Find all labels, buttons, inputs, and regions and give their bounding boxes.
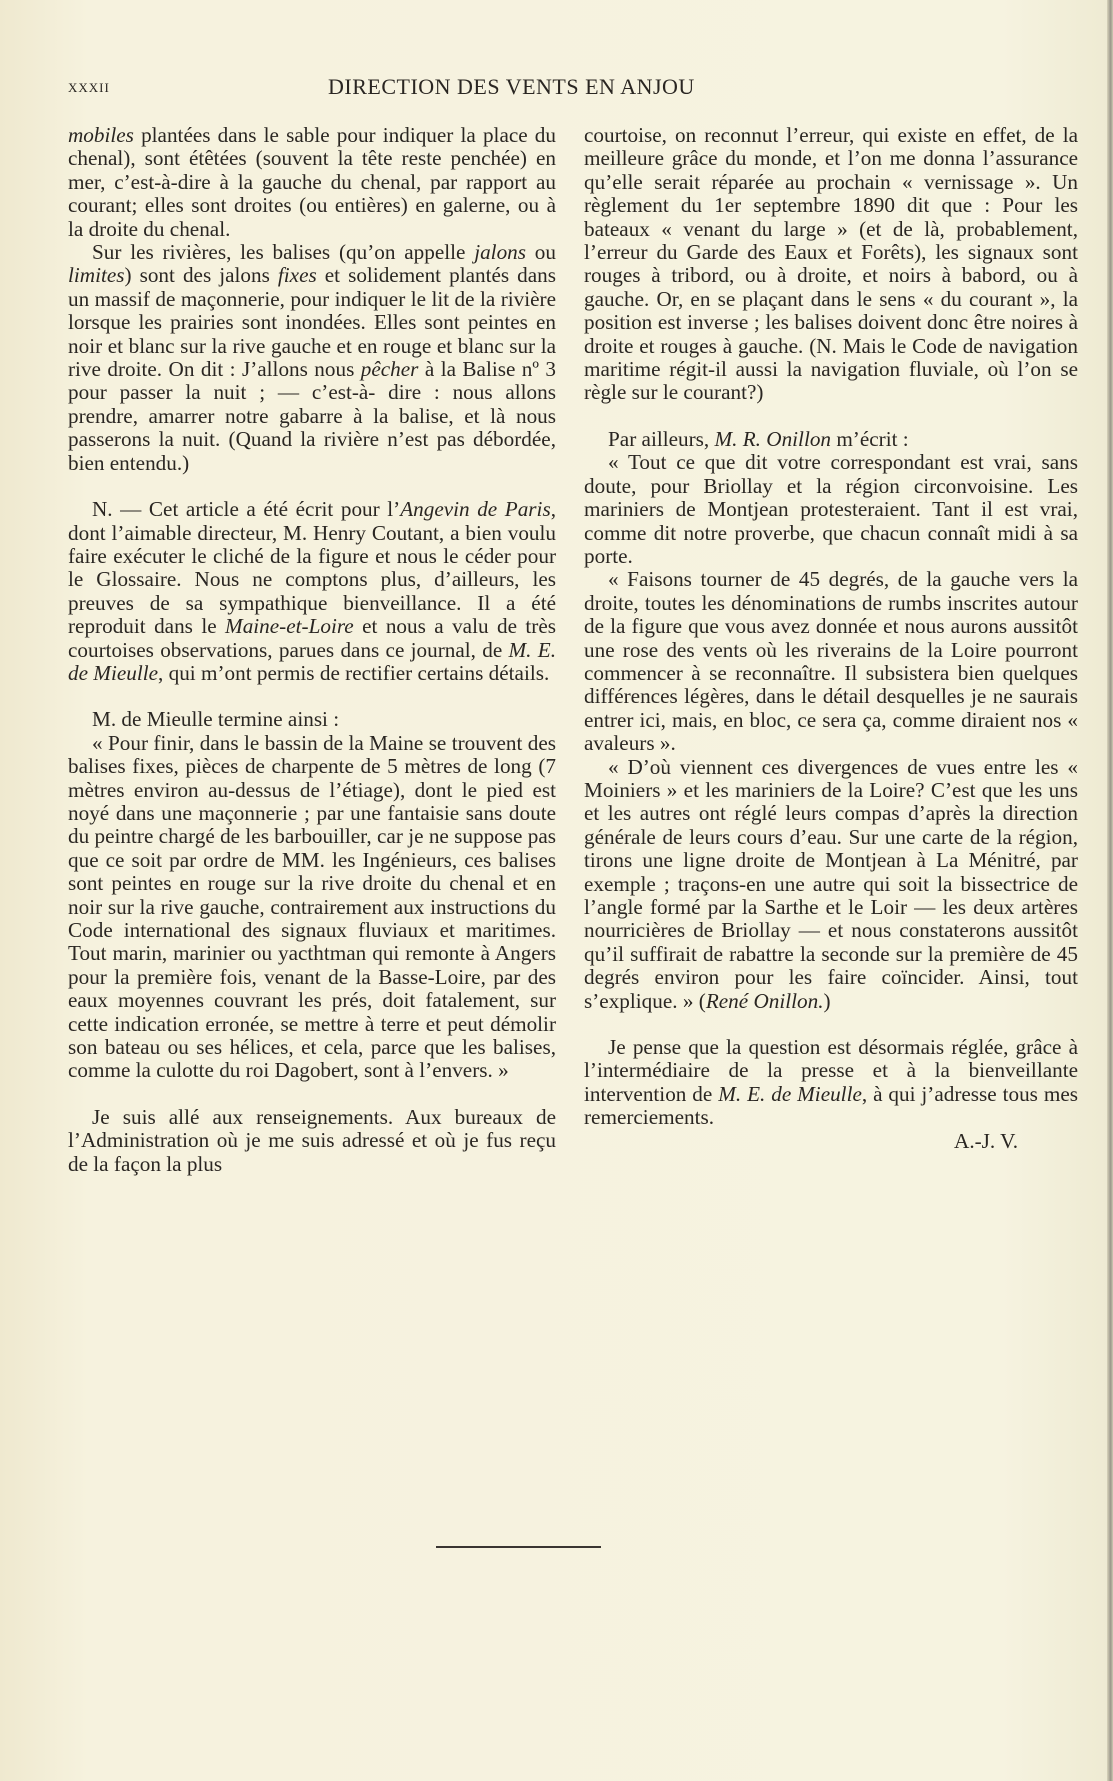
paragraph: Je pense que la question est désormais r… [584, 1036, 1078, 1130]
paragraph: Sur les rivières, les balises (qu’on app… [68, 241, 556, 475]
text: Sur les rivières, les balises (qu’on app… [92, 240, 474, 264]
italic-term: fixes [278, 263, 317, 287]
quote-paragraph: « Faisons tourner de 45 degrés, de la ga… [584, 568, 1078, 755]
paragraph: courtoise, on reconnut l’erreur, qui exi… [584, 124, 1078, 405]
italic-term: jalons [474, 240, 526, 264]
page-edge [1107, 0, 1113, 1781]
text: « D’où viennent ces divergences de vues … [584, 755, 1078, 1013]
text: ) [824, 989, 831, 1013]
paragraph: N. — Cet article a été écrit pour l’Ange… [68, 498, 556, 685]
italic-term: pêcher [361, 357, 419, 381]
italic-title: Angevin de Paris [400, 497, 550, 521]
left-column: mobiles plantées dans le sable pour indi… [68, 124, 556, 1176]
text: Par ailleurs, [608, 427, 715, 451]
page-header: xxxii DIRECTION DES VENTS EN ANJOU [68, 74, 790, 102]
paragraph: Je suis allé aux renseignements. Aux bur… [68, 1106, 556, 1176]
right-column: courtoise, on reconnut l’erreur, qui exi… [584, 124, 1078, 1153]
paragraph: Par ailleurs, M. R. Onillon m’écrit : [584, 428, 1078, 451]
text: N. — Cet article a été écrit pour l’ [92, 497, 400, 521]
paragraph: M. de Mieulle termine ainsi : [68, 708, 556, 731]
running-title: DIRECTION DES VENTS EN ANJOU [328, 74, 695, 100]
italic-name: René Onillon. [706, 989, 824, 1013]
italic-term: limites [68, 263, 125, 287]
page-number: xxxii [68, 76, 110, 97]
italic-title: Maine-et-Loire [225, 614, 354, 638]
section-rule [436, 1546, 601, 1548]
quote-paragraph: « D’où viennent ces divergences de vues … [584, 756, 1078, 1013]
text: plantées dans le sable pour indiquer la … [68, 123, 556, 241]
text: , qui m’ont permis de rectifier certains… [158, 661, 549, 685]
quote-paragraph: « Tout ce que dit votre correspondant es… [584, 451, 1078, 568]
quote-paragraph: « Pour finir, dans le bassin de la Maine… [68, 732, 556, 1083]
signature: A.-J. V. [584, 1130, 1078, 1153]
italic-name: M. R. Onillon [715, 427, 832, 451]
text: ) sont des jalons [125, 263, 278, 287]
italic-term: mobiles [68, 123, 134, 147]
italic-name: M. E. de Mieulle [718, 1082, 862, 1106]
text: ou [526, 240, 556, 264]
text: m’écrit : [831, 427, 909, 451]
paragraph: mobiles plantées dans le sable pour indi… [68, 124, 556, 241]
book-page: xxxii DIRECTION DES VENTS EN ANJOU mobil… [0, 0, 1113, 1781]
